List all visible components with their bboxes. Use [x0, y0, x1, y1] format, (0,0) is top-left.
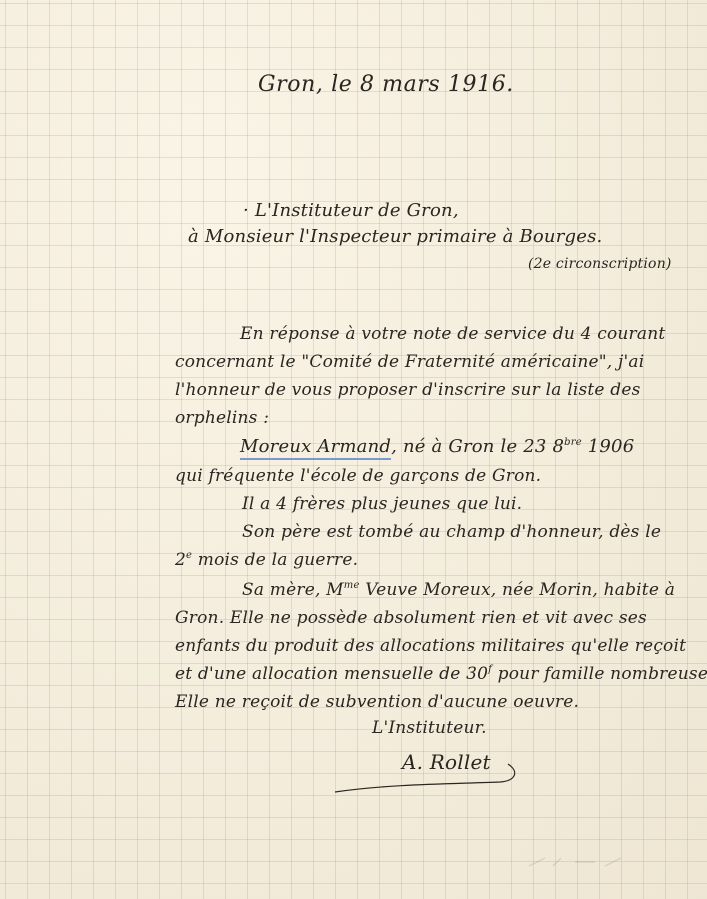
mother-line-4-b: pour famille nombreuse. [492, 664, 707, 684]
mother-line-4: et d'une allocation mensuelle de 30f pou… [175, 664, 707, 684]
orphan-birth-month-sup: bre [564, 437, 582, 448]
brothers-line: Il a 4 frères plus jeunes que lui. [242, 494, 522, 514]
mother-line-3: enfants du produit des allocations milit… [175, 636, 686, 656]
body-line-1: En réponse à votre note de service du 4 … [240, 324, 665, 344]
mother-line-1: Sa mère, Mme Veuve Moreux, née Morin, ha… [242, 580, 675, 600]
mother-line-5: Elle ne reçoit de subvention d'aucune oe… [175, 692, 579, 712]
recipient-line: à Monsieur l'Inspecteur primaire à Bourg… [188, 226, 602, 247]
orphan-birth-year: 1906 [582, 436, 635, 457]
father-line-1: Son père est tombé au champ d'honneur, d… [242, 522, 661, 542]
mother-line-2: Gron. Elle ne possède absolument rien et… [175, 608, 647, 628]
orphan-birth-prefix: , né à Gron le 23 [391, 436, 552, 457]
pencil-mark-icon [525, 852, 635, 872]
closing-title: L'Instituteur. [372, 718, 487, 738]
school-line: qui fréquente l'école de garçons de Gron… [175, 466, 541, 486]
place-date: Gron, le 8 mars 1916. [258, 72, 514, 97]
signature-flourish-icon [330, 758, 530, 798]
circonscription-line: (2e circonscription) [528, 256, 672, 272]
body-line-2: concernant le "Comité de Fraternité amér… [175, 352, 644, 372]
orphan-birth-month: 8 [552, 436, 564, 457]
body-line-3: l'honneur de vous proposer d'inscrire su… [175, 380, 641, 400]
letter-page: Gron, le 8 mars 1916. · L'Instituteur de… [0, 0, 707, 899]
body-line-4: orphelins : [175, 408, 269, 428]
father-month-num: 2 [175, 550, 186, 570]
mother-line-1-a: Sa mère, M [242, 580, 344, 600]
father-line-2-rest: mois de la guerre. [192, 550, 358, 570]
sender-line: · L'Instituteur de Gron, [243, 200, 459, 221]
mother-line-4-a: et d'une allocation mensuelle de 30 [175, 664, 488, 684]
mother-line-1-b: Veuve Moreux, née Morin, habite à [360, 580, 675, 600]
orphan-name: Moreux Armand [240, 436, 391, 460]
father-line-2: 2e mois de la guerre. [175, 550, 358, 570]
mother-title-sup: me [344, 580, 360, 591]
orphan-line: Moreux Armand, né à Gron le 23 8bre 1906 [240, 436, 634, 457]
